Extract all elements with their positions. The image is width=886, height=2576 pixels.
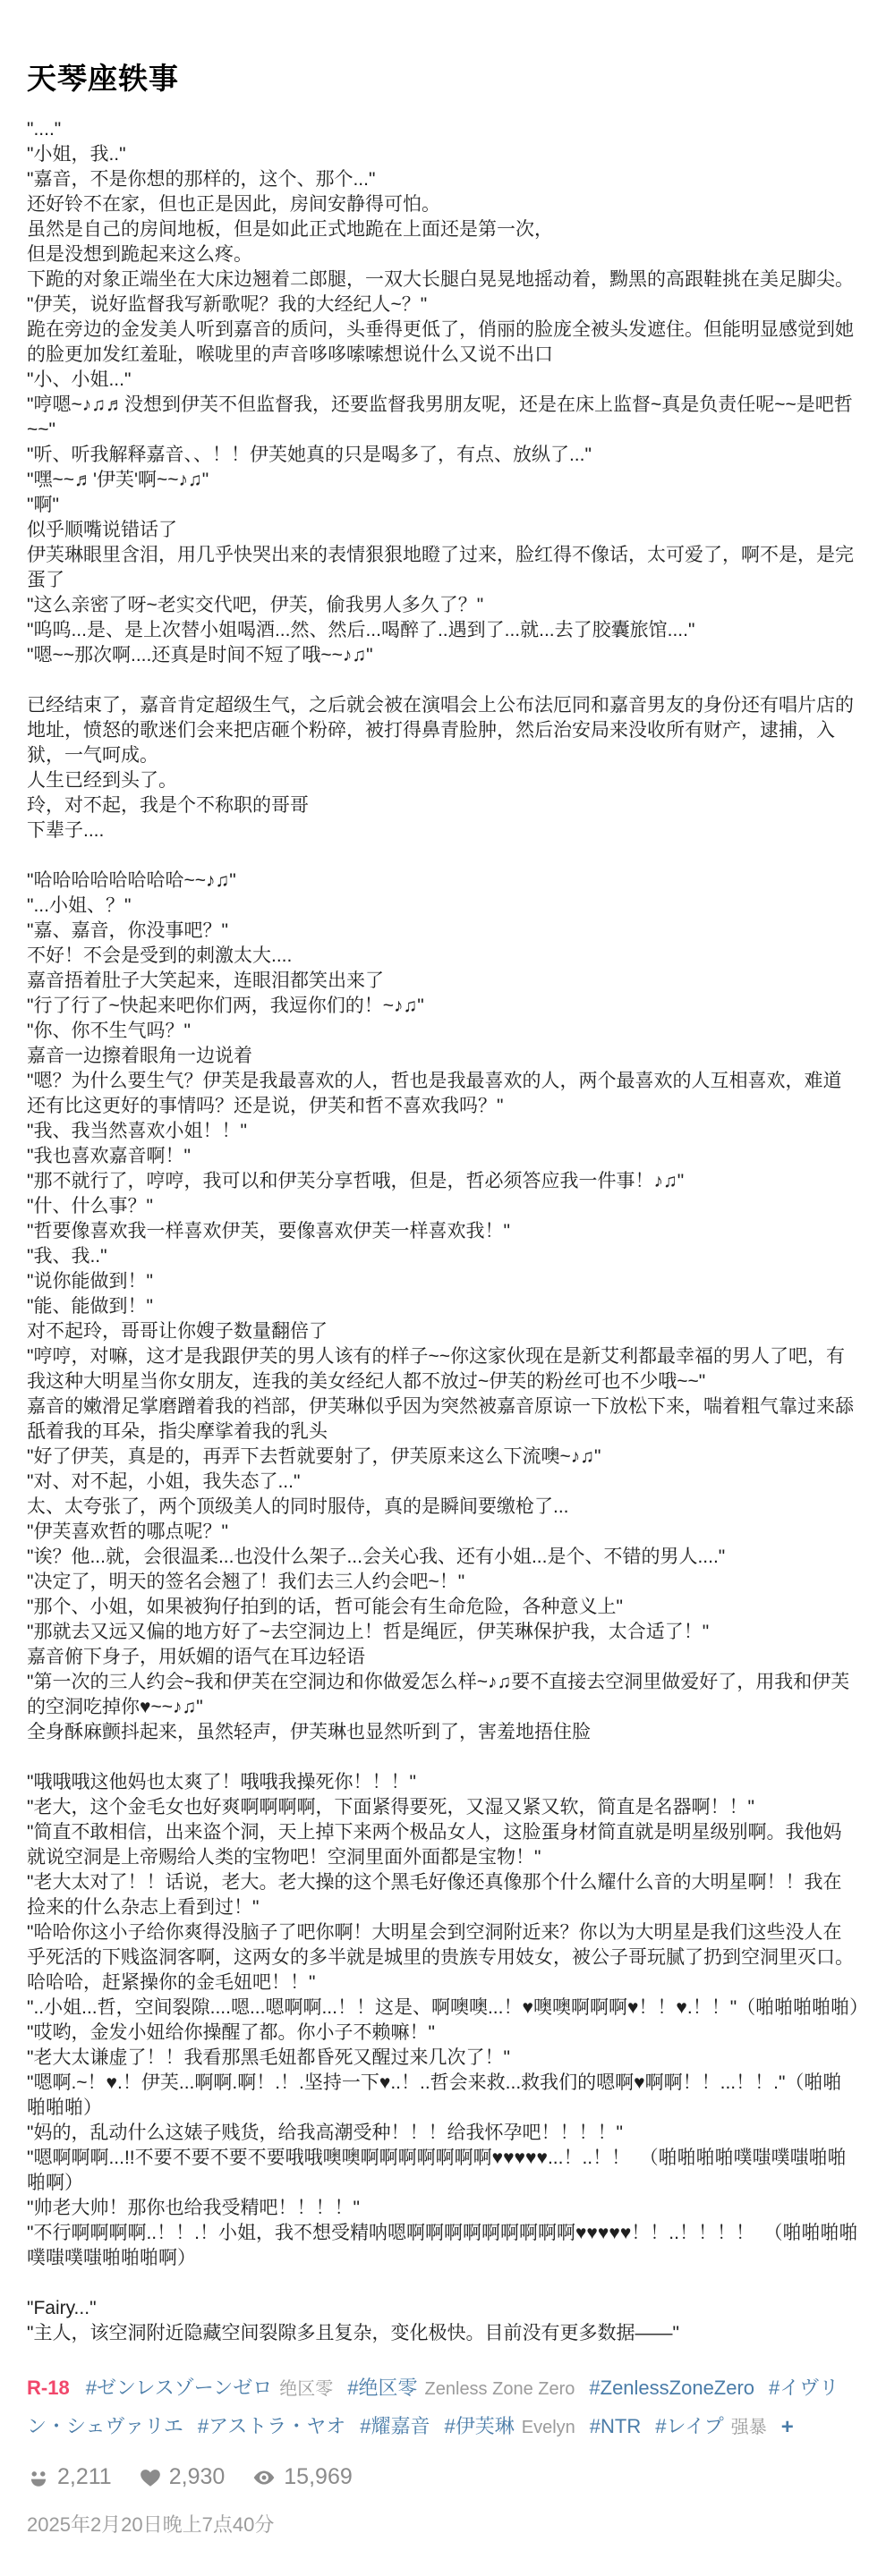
novel-paragraph: "哎哟，金发小妞给你操醒了都。你小子不赖嘛！" [27,2021,859,2046]
novel-paragraph: 似乎顺嘴说错话了 [27,518,859,543]
tag-link[interactable]: #耀嘉音 [360,2415,430,2437]
add-tag-button[interactable]: + [781,2415,794,2440]
novel-paragraph: "...." [27,117,859,142]
tag-link[interactable]: #アストラ・ヤオ [198,2415,345,2437]
novel-paragraph: "嗯~~那次啊....还真是时间不短了哦~~♪♫" [27,643,859,668]
novel-paragraph: "那就去又远又偏的地方好了~去空洞边上！哲是绳匠，伊芙琳保护我，太合适了！" [27,1620,859,1645]
views-count: 15,969 [284,2464,352,2490]
novel-paragraph: "帅老大帅！那你也给我受精吧！！！！" [27,2196,859,2221]
novel-paragraph: "对、对不起，小姐，我失态了..." [27,1470,859,1495]
novel-paragraph: 嘉音捂着肚子大笑起来，连眼泪都笑出来了 [27,969,859,994]
r18-badge[interactable]: R-18 [27,2377,70,2399]
novel-paragraph: "嘉、嘉音，你没事吧？" [27,919,859,944]
tag-link[interactable]: #绝区零 [347,2377,417,2399]
novel-paragraph: 嘉音一边擦着眼角一边说着 [27,1044,859,1069]
novel-paragraph: "妈的，乱动什么这婊子贱货，给我高潮受种！！！给我怀孕吧！！！！" [27,2121,859,2146]
novel-paragraph: 虽然是自己的房间地板，但是如此正式地跪在上面还是第一次， [27,217,859,242]
novel-paragraph: 对不起玲，哥哥让你嫂子数量翻倍了 [27,1319,859,1344]
novel-paragraph: "Fairy..." [27,2296,859,2321]
novel-paragraph: "行了行了~快起来吧你们两，我逗你们的！~♪♫" [27,994,859,1019]
novel-paragraph: "我也喜欢嘉音啊！" [27,1144,859,1169]
tag-translation: 强暴 [731,2418,767,2437]
like-smiley-icon [27,2466,50,2489]
novel-paragraph: "能、能做到！" [27,1294,859,1319]
novel-paragraph: "嗯啊啊啊...!!不要不要不要不要哦哦噢噢啊啊啊啊啊啊啊♥♥♥♥♥...！..… [27,2146,859,2196]
novel-paragraph: "哼嗯~♪♫♬没想到伊芙不但监督我，还要监督我男朋友呢，还是在床上监督~真是负责… [27,393,859,443]
novel-paragraph: "嘉音，不是你想的那样的，这个、那个..." [27,167,859,192]
novel-paragraph: "伊芙，说好监督我写新歌呢？我的大经纪人~？" [27,292,859,318]
novel-paragraph: 不好！不会是受到的刺激太大.... [27,944,859,969]
novel-paragraph: "嘿~~♬'伊芙'啊~~♪♫" [27,468,859,493]
novel-paragraph: "那不就行了，哼哼，我可以和伊芙分享哲哦，但是，哲必须答应我一件事！♪♫" [27,1169,859,1194]
tag-translation: 绝区零 [279,2379,333,2399]
novel-paragraph: "呜呜...是、是上次替小姐喝酒...然、然后...喝醉了..遇到了...就..… [27,618,859,643]
novel-paragraph: "哦哦哦这他妈也太爽了！哦哦我操死你！！！" [27,1770,859,1795]
novel-paragraph: "老大太谦虚了！！我看那黑毛妞都昏死又醒过来几次了！" [27,2046,859,2071]
likes-count: 2,211 [57,2464,112,2490]
novel-paragraph: "听、听我解释嘉音、、！！伊芙她真的只是喝多了，有点、放纵了..." [27,443,859,468]
novel-paragraph: 全身酥麻颤抖起来，虽然轻声，伊芙琳也显然听到了，害羞地捂住脸 [27,1720,859,1745]
novel-paragraph: 嘉音俯下身子，用妖媚的语气在耳边轻语 [27,1645,859,1670]
novel-paragraph: "哈哈你这小子给你爽得没脑子了吧你啊！大明星会到空洞附近来？你以为大明星是我们这… [27,1920,859,1996]
novel-paragraph: "决定了，明天的签名会翘了！我们去三人约会吧~！" [27,1570,859,1595]
novel-paragraph: "..小姐...哲，空间裂隙....嗯...嗯啊啊...！！这是、啊噢噢...！… [27,1996,859,2021]
paragraph-break [27,2271,859,2296]
bookmarks-count: 2,930 [169,2464,226,2490]
stats-bar: 2,211 2,930 15,969 [27,2464,859,2490]
paragraph-break [27,1745,859,1770]
novel-paragraph: 嘉音的嫩滑足掌磨蹭着我的裆部，伊芙琳似乎因为突然被嘉音原谅一下放松下来，喘着粗气… [27,1394,859,1445]
novel-paragraph: 已经结束了，嘉音肯定超级生气，之后就会被在演唱会上公布法厄同和嘉音男友的身份还有… [27,693,859,768]
heart-icon [139,2466,162,2489]
novel-paragraph: "说你能做到！" [27,1269,859,1294]
novel-paragraph: "那个、小姐，如果被狗仔拍到的话，哲可能会有生命危险，各种意义上" [27,1595,859,1620]
novel-paragraph: 还好铃不在家，但也正是因此，房间安静得可怕。 [27,192,859,217]
novel-title: 天琴座轶事 [27,55,859,97]
novel-paragraph: "主人，该空洞附近隐藏空间裂隙多且复杂，变化极快。目前没有更多数据——" [27,2321,859,2346]
paragraph-break [27,843,859,869]
likes-stat: 2,211 [27,2464,112,2490]
novel-paragraph: "小、小姐..." [27,368,859,393]
novel-paragraph: "我、我当然喜欢小姐！！" [27,1119,859,1144]
novel-page: 天琴座轶事 "....""小姐，我..""嘉音，不是你想的那样的，这个、那个..… [0,0,886,2538]
novel-paragraph: "老大，这个金毛女也好爽啊啊啊啊，下面紧得要死，又湿又紧又软，简直是名器啊！！" [27,1795,859,1820]
novel-paragraph: 下跪的对象正端坐在大床边翘着二郎腿，一双大长腿白晃晃地摇动着，黝黑的高跟鞋挑在美… [27,267,859,292]
novel-body: "....""小姐，我..""嘉音，不是你想的那样的，这个、那个..."还好铃不… [27,117,859,2346]
novel-paragraph: "...小姐、？" [27,894,859,919]
novel-paragraph: "哲要像喜欢我一样喜欢伊芙，要像喜欢伊芙一样喜欢我！" [27,1219,859,1244]
tag-translation: Zenless Zone Zero [425,2379,575,2399]
novel-paragraph: "嗯？为什么要生气？伊芙是我最喜欢的人，哲也是我最喜欢的人，两个最喜欢的人互相喜… [27,1069,859,1119]
novel-paragraph: "小姐，我.." [27,142,859,167]
post-date: 2025年2月20日晚上7点40分 [27,2510,859,2538]
novel-paragraph: 但是没想到跪起来这么疼。 [27,242,859,267]
novel-paragraph: "这么亲密了呀~老实交代吧，伊芙，偷我男人多久了？" [27,593,859,618]
novel-paragraph: "我、我.." [27,1244,859,1269]
novel-paragraph: "啊" [27,493,859,518]
tag-link[interactable]: #レイプ [655,2415,723,2437]
paragraph-break [27,668,859,693]
novel-paragraph: 下辈子.... [27,818,859,843]
novel-paragraph: "什、什么事？" [27,1194,859,1219]
tag-link[interactable]: #伊芙琳 [445,2415,515,2437]
novel-paragraph: "老大太对了！！话说，老大。老大操的这个黑毛好像还真像那个什么耀什么音的大明星啊… [27,1870,859,1920]
tags-row: R-18#ゼンレスゾーンゼロ绝区零#绝区零Zenless Zone Zero#Z… [27,2369,859,2446]
tag-list: #ゼンレスゾーンゼロ绝区零#绝区零Zenless Zone Zero#Zenle… [27,2377,839,2437]
novel-paragraph: "哈哈哈哈哈哈哈哈~~♪♫" [27,869,859,894]
novel-paragraph: "伊芙喜欢哲的哪点呢？" [27,1520,859,1545]
novel-paragraph: 跪在旁边的金发美人听到嘉音的质问，头垂得更低了，俏丽的脸庞全被头发遮住。但能明显… [27,318,859,368]
novel-paragraph: "不行啊啊啊啊..！！.！小姐，我不想受精呐嗯啊啊啊啊啊啊啊啊啊♥♥♥♥♥！！.… [27,2221,859,2271]
tag-translation: Evelyn [522,2418,575,2437]
novel-paragraph: "哼哼，对嘛，这才是我跟伊芙的男人该有的样子~~你这家伙现在是新艾利都最幸福的男… [27,1344,859,1394]
tag-link[interactable]: #ゼンレスゾーンゼロ [86,2377,273,2399]
novel-paragraph: 玲，对不起，我是个不称职的哥哥 [27,793,859,818]
novel-paragraph: 太、太夸张了，两个顶级美人的同时服侍，真的是瞬间要缴枪了... [27,1495,859,1520]
novel-paragraph: "第一次的三人约会~我和伊芙在空洞边和你做爱怎么样~♪♫要不直接去空洞里做爱好了… [27,1670,859,1720]
novel-paragraph: "好了伊芙，真是的，再弄下去哲就要射了，伊芙原来这么下流噢~♪♫" [27,1445,859,1470]
novel-paragraph: "嗯啊.~！♥.！伊芙...啊啊.啊！.！.坚持一下♥..！..哲会来救...救… [27,2071,859,2121]
novel-paragraph: 伊芙琳眼里含泪，用几乎快哭出来的表情狠狠地瞪了过来，脸红得不像话，太可爱了，啊不… [27,543,859,593]
eye-icon [251,2466,277,2489]
views-stat: 15,969 [251,2464,352,2490]
tag-link[interactable]: #ZenlessZoneZero [589,2377,754,2399]
novel-paragraph: "诶？他...就，会很温柔...也没什么架子...会关心我、还有小姐...是个、… [27,1545,859,1570]
novel-paragraph: 人生已经到头了。 [27,768,859,793]
bookmarks-stat: 2,930 [139,2464,226,2490]
novel-paragraph: "简直不敢相信，出来盗个洞，天上掉下来两个极品女人，这脸蛋身材简直就是明星级别啊… [27,1820,859,1870]
tag-link[interactable]: #NTR [590,2415,641,2437]
novel-paragraph: "你、你不生气吗？" [27,1019,859,1044]
